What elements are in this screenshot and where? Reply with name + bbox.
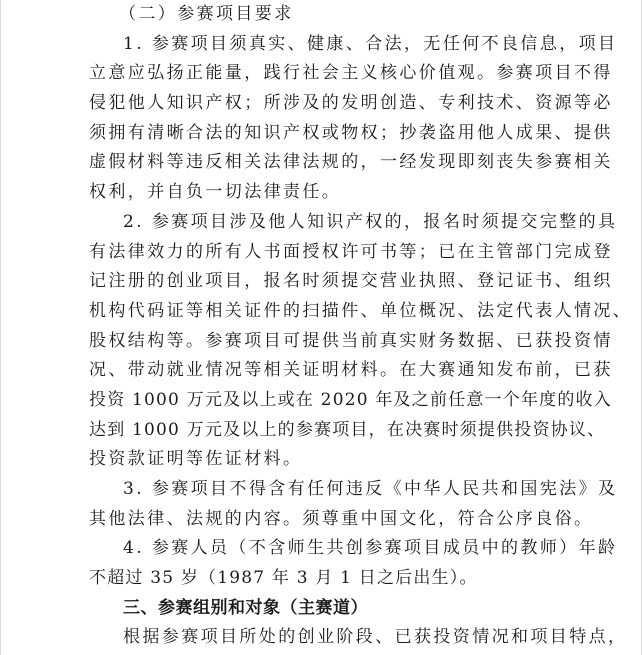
item-2-line-9: 投资款证明等佐证材料。 — [89, 445, 567, 475]
item-2-line-7: 投资 1000 万元及以上或在 2020 年及之前任意一个年度的收入 — [89, 386, 567, 416]
item-2-line-2: 有法律效力的所有人书面授权许可书等；已在主管部门完成登 — [89, 238, 567, 268]
item-2-line-6: 况、带动就业情况等相关证明材料。在大赛通知发布前，已获 — [89, 356, 567, 386]
document-page: （二）参赛项目要求 1. 参赛项目须真实、健康、合法，无任何不良信息，项目 立意… — [0, 0, 642, 655]
section-heading: （二）参赛项目要求 — [89, 0, 567, 30]
item-2-line-3: 记注册的创业项目，报名时须提交营业执照、登记证书、组织 — [89, 267, 567, 297]
item-4-line-1: 4. 参赛人员（不含师生共创参赛项目成员中的教师）年龄 — [89, 534, 567, 564]
item-2-line-4: 机构代码证等相关证件的扫描件、单位概况、法定代表人情况、 — [89, 297, 567, 327]
next-section-heading: 三、参赛组别和对象（主赛道） — [89, 594, 567, 624]
item-1-line-6: 权利，并自负一切法律责任。 — [89, 178, 567, 208]
item-1-line-1: 1. 参赛项目须真实、健康、合法，无任何不良信息，项目 — [89, 30, 567, 60]
item-3-line-2: 其他法律、法规的内容。须尊重中国文化，符合公序良俗。 — [89, 505, 567, 535]
item-1-line-5: 虚假材料等违反相关法律法规的，一经发现即刻丧失参赛相关 — [89, 148, 567, 178]
item-2-line-1: 2. 参赛项目涉及他人知识产权的，报名时须提交完整的具 — [89, 208, 567, 238]
item-1-line-2: 立意应弘扬正能量，践行社会主义核心价值观。参赛项目不得 — [89, 59, 567, 89]
item-1-line-4: 须拥有清晰合法的知识产权或物权；抄袭盗用他人成果、提供 — [89, 119, 567, 149]
next-paragraph-line-1: 根据参赛项目所处的创业阶段、已获投资情况和项目特点， — [89, 623, 567, 653]
item-3-line-1: 3. 参赛项目不得含有任何违反《中华人民共和国宪法》及 — [89, 475, 567, 505]
item-2-line-8: 达到 1000 万元及以上的参赛项目，在决赛时须提供投资协议、 — [89, 416, 567, 446]
item-2-line-5: 股权结构等。参赛项目可提供当前真实财务数据、已获投资情 — [89, 327, 567, 357]
item-1-line-3: 侵犯他人知识产权；所涉及的发明创造、专利技术、资源等必 — [89, 89, 567, 119]
item-4-line-2: 不超过 35 岁（1987 年 3 月 1 日之后出生）。 — [89, 564, 567, 594]
document-content: （二）参赛项目要求 1. 参赛项目须真实、健康、合法，无任何不良信息，项目 立意… — [89, 0, 567, 653]
